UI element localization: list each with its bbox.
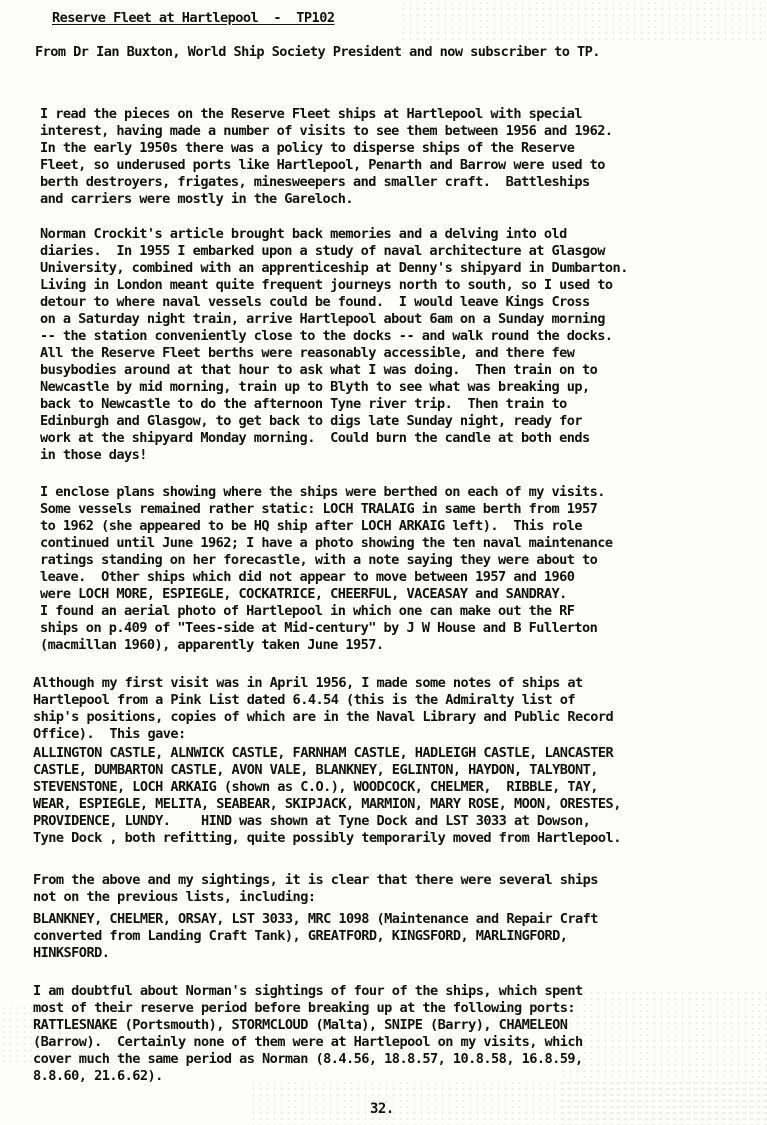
from-line: From Dr Ian Buxton, World Ship Society P… [35,44,600,61]
document-page: Reserve Fleet at Hartlepool - TP102 From… [0,0,767,1125]
scan-noise [250,1080,767,1125]
ship-list-1954: ALLINGTON CASTLE, ALNWICK CASTLE, FARNHA… [33,745,753,847]
scan-noise [400,0,767,40]
paragraph-plans: I enclose plans showing where the ships … [40,484,760,654]
paragraph-sightings: From the above and my sightings, it is c… [33,872,753,906]
page-title: Reserve Fleet at Hartlepool - TP102 [52,10,334,27]
paragraph-memories: Norman Crockit's article brought back me… [40,226,760,464]
paragraph-intro: I read the pieces on the Reserve Fleet s… [40,106,760,208]
paragraph-doubtful: I am doubtful about Norman's sightings o… [33,983,753,1085]
paragraph-pink-list: Although my first visit was in April 195… [33,675,753,743]
ship-list-additional: BLANKNEY, CHELMER, ORSAY, LST 3033, MRC … [33,911,753,962]
page-number: 32. [370,1101,394,1118]
